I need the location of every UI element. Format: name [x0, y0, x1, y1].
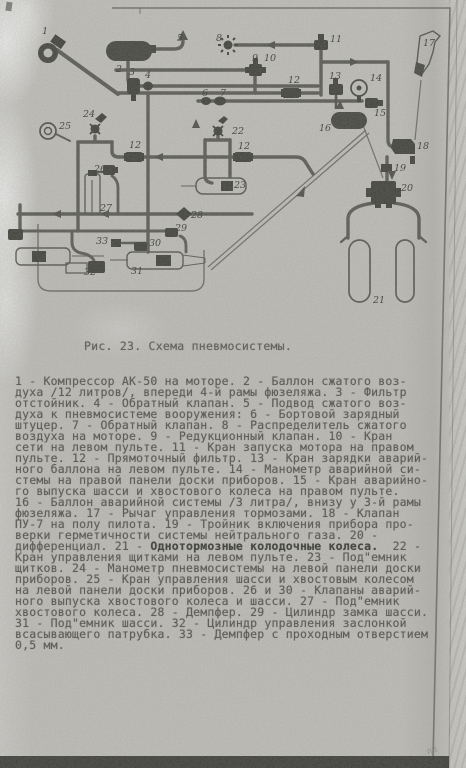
- diagram-label-13: 13: [329, 71, 341, 82]
- diagram-label-10: 10: [264, 53, 276, 64]
- tee-19-symbol: [381, 164, 392, 172]
- tail-wheel-cylinder-symbol: [85, 170, 100, 216]
- diagram-label-14: 14: [370, 73, 382, 84]
- pipes: [18, 41, 426, 261]
- diagram-label-22: 22: [231, 126, 244, 137]
- diagram-label-7: 7: [220, 88, 227, 99]
- compressor-symbol: [38, 34, 66, 63]
- diagram-label-19: 19: [394, 163, 406, 174]
- diagram-label-20: 20: [400, 183, 413, 194]
- diagram-label-31: 31: [131, 266, 143, 277]
- gear-control-gauge-symbol: [40, 123, 56, 139]
- diagram-label-21: 21: [372, 295, 385, 306]
- diagram-label-2: 2: [115, 64, 122, 75]
- legend-line: 0,5 мм.: [15, 640, 455, 651]
- diagram-label-3: 3: [129, 67, 135, 78]
- engine-start-valve-symbol: [314, 34, 328, 50]
- emergency-bottle-symbol: [331, 112, 367, 129]
- diagram-label-18: 18: [417, 141, 429, 152]
- diagram-label-16: 16: [319, 123, 331, 134]
- emergency-release-valve-symbol: [365, 98, 383, 108]
- emergency-manometer-symbol: [351, 80, 367, 102]
- diagram-label-12: 12: [288, 75, 300, 86]
- filter-settler-symbol: [127, 78, 140, 101]
- legend-line: всасывающего патрубка. 33 - Демпфер с пр…: [15, 629, 455, 640]
- damper-33-symbol: [111, 239, 121, 247]
- main-air-bottle-symbol: [106, 41, 156, 61]
- diagram-label-32: 32: [84, 267, 96, 278]
- diagram-label-9: 9: [252, 53, 258, 64]
- diagram-label-1: 1: [42, 26, 48, 37]
- diagram-label-27: 27: [99, 203, 113, 214]
- diagram-label-26: 26: [93, 164, 106, 175]
- legend-text: 1 - Компрессор АК-50 на моторе. 2 - Балл…: [15, 376, 455, 651]
- figure-caption: Рис. 23. Схема пневмосистемы.: [84, 339, 292, 353]
- diagram-label-11: 11: [330, 34, 342, 45]
- diagram-label-29: 29: [174, 223, 187, 234]
- scanned-page: 1234567891011121212131415161718192021222…: [0, 0, 466, 768]
- diagram-label-28: 28: [190, 210, 203, 221]
- diagram-label-33: 33: [96, 236, 108, 247]
- top-left-mark: [5, 2, 12, 12]
- diagram-label-12: 12: [238, 141, 250, 152]
- pu7-valve-symbol: [391, 139, 415, 164]
- diagram-label-6: 6: [202, 88, 208, 99]
- check-valve-4-symbol: [143, 82, 153, 91]
- gear-cylinder-left-symbol: [16, 248, 70, 265]
- flow-arrows: [52, 41, 396, 218]
- damper-28-symbol: [176, 207, 192, 221]
- inline-filter-symbols: [124, 88, 301, 162]
- diagram-label-8: 8: [216, 33, 222, 44]
- valve-30-symbol: [134, 242, 147, 251]
- diagram-label-25: 25: [58, 121, 71, 132]
- diagram-label-15: 15: [374, 108, 386, 119]
- diagram-label-17: 17: [423, 38, 436, 49]
- diagram-label-5: 5: [177, 33, 183, 44]
- flap-control-valve-symbol: [213, 116, 228, 136]
- diagram-label-30: 30: [149, 238, 161, 249]
- diagram-label-24: 24: [82, 109, 95, 120]
- wheels-symbol: [349, 240, 414, 302]
- bottom-dark-bar: [0, 756, 449, 768]
- diagram-label-23: 23: [233, 180, 246, 191]
- diagram-label-4: 4: [144, 70, 151, 81]
- brake-lever-rod: [415, 80, 421, 140]
- left-edge-valve-symbol: [8, 229, 23, 240]
- diagram-label-12: 12: [129, 140, 141, 151]
